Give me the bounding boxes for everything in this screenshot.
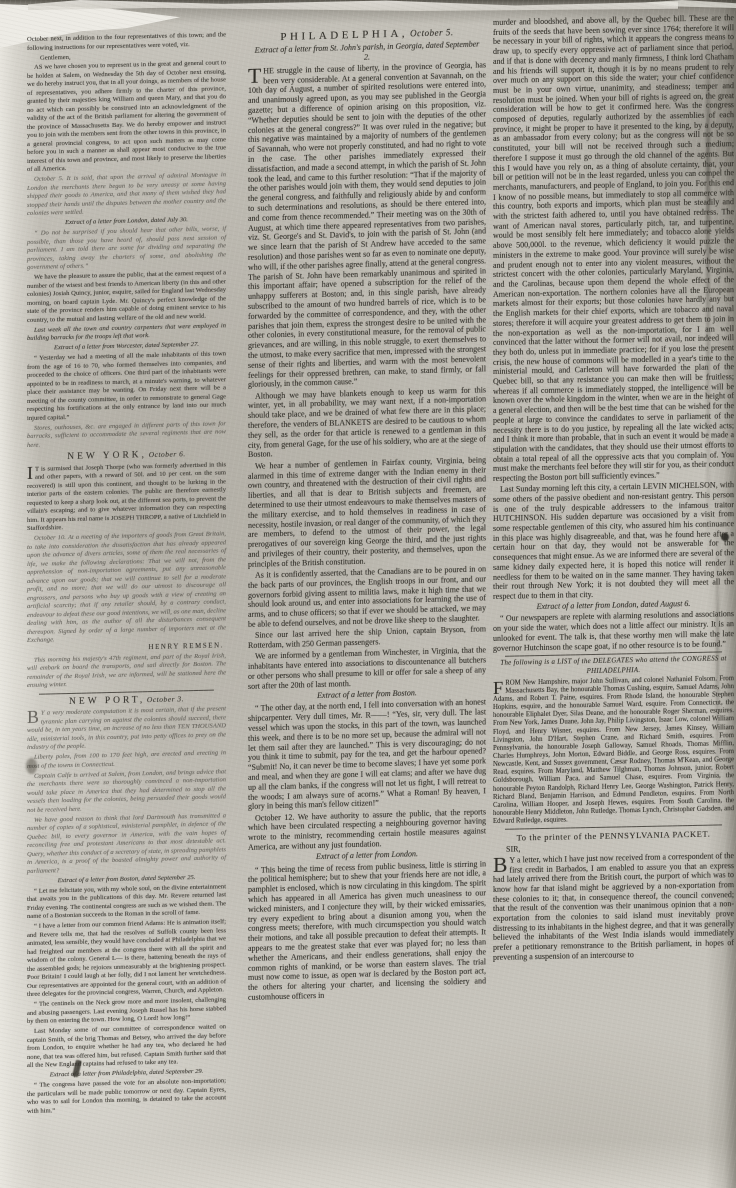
fairfax-gentlemen: We hear a number of gentlemen in Fairfax…	[248, 455, 486, 569]
non-importation-vote: “ The congress have passed the vote for …	[27, 1077, 226, 1116]
tyrannic-plan: BY a very moderate computation it is mos…	[27, 705, 226, 752]
column-3: murder and bloodshed, and above all, by …	[493, 13, 734, 964]
column-1: October next, in addition to the four re…	[27, 31, 226, 1117]
torn-paper-edge	[28, 0, 678, 11]
london-bills: “ Do not be surprised if you should hear…	[27, 225, 226, 272]
dateline-date: October 5.	[410, 27, 454, 38]
worcester-militia: “ Yesterday we had a meeting of all the …	[27, 350, 226, 423]
shipcarpenter-dialogue: “ The other day, at the north end, I fel…	[248, 698, 486, 812]
october-12-assurance: October 12. We have authority to assure …	[248, 807, 486, 853]
dateline-city: PHILADELPHIA,	[280, 28, 408, 44]
georgia-letter: THE struggle in the cause of liberty, in…	[248, 60, 486, 390]
captain-calfe: Captain Calfe is arrived at Salem, from …	[27, 768, 226, 815]
dateline-city: NEW YORK,	[67, 450, 147, 462]
scape-goat-letter: “ Our newspapers are replete with alarmi…	[493, 610, 734, 654]
dateline-date: October 3.	[147, 694, 184, 704]
column-2: PHILADELPHIA, October 5.Extract of a let…	[248, 23, 486, 1004]
dateline-date: October 6.	[149, 449, 186, 459]
regiment-news: This morning his majesty's 47th regiment…	[27, 652, 226, 691]
captain-smith-tea: Last Monday some of our committee of cor…	[27, 1023, 226, 1070]
thorpe-notice: IT is surmised that Joseph Thorpe (who w…	[27, 461, 226, 534]
centinels-neck: “ The centinels on the Neck grow more an…	[27, 996, 226, 1026]
barbados-letter: BY a letter, which I have just now recei…	[493, 851, 734, 963]
london-recess-letter: “ This being the time of recess from pub…	[248, 859, 486, 1003]
felicitate-letter: “ Let me felicitate you, with my whole s…	[27, 883, 226, 922]
canadians-associations: As it is confidently asserted, that the …	[248, 564, 486, 629]
newspaper-page: October next, in addition to the four re…	[0, 0, 736, 1188]
adams-letter: “ I have a letter from our common friend…	[27, 918, 226, 999]
winchester-sheep: We are informed by a gentleman from Winc…	[248, 646, 486, 692]
barracks-news: Stores, outhouses, &c. are engaged in di…	[27, 420, 226, 450]
montague-news: October 5. It is said, that upon the arr…	[27, 171, 226, 218]
importers-declaration: October 10. At a meeting of the importer…	[27, 530, 226, 645]
dateline-city: NEW PORT,	[69, 695, 145, 707]
salem-instructions: AS we have chosen you to represent us in…	[27, 59, 226, 174]
michelson-departure: Last Sunday morning left this city, a ce…	[493, 480, 734, 601]
blankets-warning: Although we may have blankets enough to …	[248, 385, 486, 460]
london-letter-continued: murder and bloodshed, and above all, by …	[493, 13, 734, 484]
quincy-sailing: We have the pleasure to assure the publi…	[27, 269, 226, 325]
dartmouth-pamphlet: We have good reason to think that lord D…	[27, 812, 226, 876]
delegates-list: FROM New Hampshire, major John Sullivan,…	[493, 675, 734, 827]
divider	[39, 689, 214, 694]
